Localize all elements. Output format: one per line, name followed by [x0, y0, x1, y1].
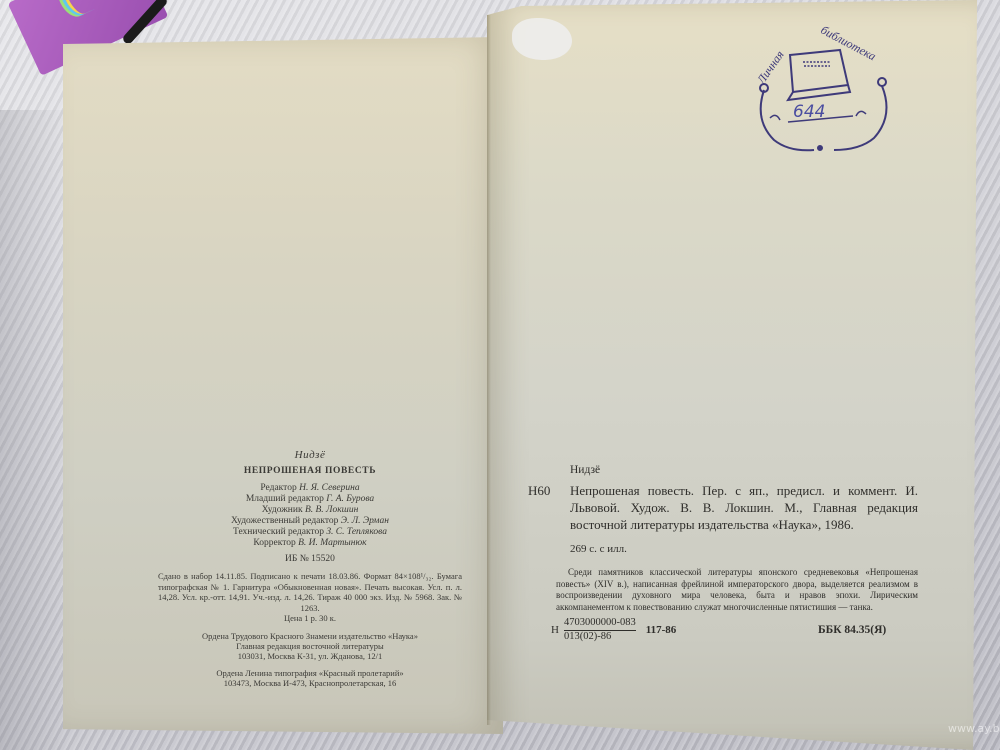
credit-line: Корректор В. И. Мартынюк — [140, 538, 480, 549]
card-author: Нидзё — [570, 464, 918, 476]
edge-shadow — [0, 110, 70, 750]
colophon: Нидзё НЕПРОШЕНАЯ ПОВЕСТЬ Редактор Н. Я. … — [140, 450, 480, 688]
colophon-author: Нидзё — [140, 450, 480, 461]
isbn-code: Н 4703000000-083 013(02)-86 117-86 — [551, 617, 676, 643]
torn-paper-patch — [512, 18, 572, 60]
isbn-denominator: 013(02)-86 — [564, 631, 636, 643]
watermark: www.ay.by — [948, 722, 1000, 735]
credit-line: Художественный редактор Э. Л. Эрман — [140, 516, 480, 527]
card-annotation: Среди памятников классической литературы… — [556, 567, 918, 613]
card-description: Непрошеная повесть. Пер. с яп., предисл.… — [570, 482, 918, 533]
isbn-prefix: Н — [551, 624, 559, 636]
publisher-line: 103031, Москва К-31, ул. Жданова, 12/1 — [140, 651, 480, 661]
book-spine — [487, 15, 491, 725]
card-pages: 269 с. с илл. — [570, 543, 918, 555]
credit-line: Художник В. В. Локшин — [140, 505, 480, 516]
publisher-line: Ордена Трудового Красного Знамени издате… — [140, 631, 480, 641]
isbn-numerator: 4703000000-083 — [564, 617, 636, 631]
isbn-fraction: 4703000000-083 013(02)-86 — [564, 617, 636, 643]
credit-line: Редактор Н. Я. Северина — [140, 483, 480, 494]
technical-info: Сдано в набор 14.11.85. Подписано к печа… — [140, 571, 480, 613]
stamp-number: 644 — [793, 102, 825, 122]
card-code: Н60 — [528, 482, 570, 533]
bbk-code: ББК 84.35(Я) — [818, 624, 886, 636]
isbn-suffix: 117-86 — [646, 624, 677, 636]
credits-list: Редактор Н. Я. СеверинаМладший редактор … — [140, 483, 480, 549]
rainbow-graphic — [57, 0, 97, 19]
credit-line: Технический редактор З. С. Теплякова — [140, 527, 480, 538]
printer-line: 103473, Москва И-473, Краснопролетарская… — [140, 678, 480, 688]
ib-number: ИБ № 15520 — [140, 554, 480, 565]
publisher-line: Главная редакция восточной литературы — [140, 641, 480, 651]
printer-line: Ордена Ленина типография «Красный пролет… — [140, 668, 480, 678]
publisher-block: Ордена Трудового Красного Знамени издате… — [140, 631, 480, 661]
colophon-title: НЕПРОШЕНАЯ ПОВЕСТЬ — [140, 466, 480, 477]
price: Цена 1 р. 30 к. — [140, 613, 480, 624]
bibliographic-card: Нидзё Н60 Непрошеная повесть. Пер. с яп.… — [528, 464, 918, 613]
credit-line: Младший редактор Г. А. Бурова — [140, 494, 480, 505]
card-entry: Н60 Непрошеная повесть. Пер. с яп., пред… — [528, 482, 918, 533]
printer-block: Ордена Ленина типография «Красный пролет… — [140, 668, 480, 688]
library-stamp: Личная библиотека 644 — [748, 30, 898, 160]
